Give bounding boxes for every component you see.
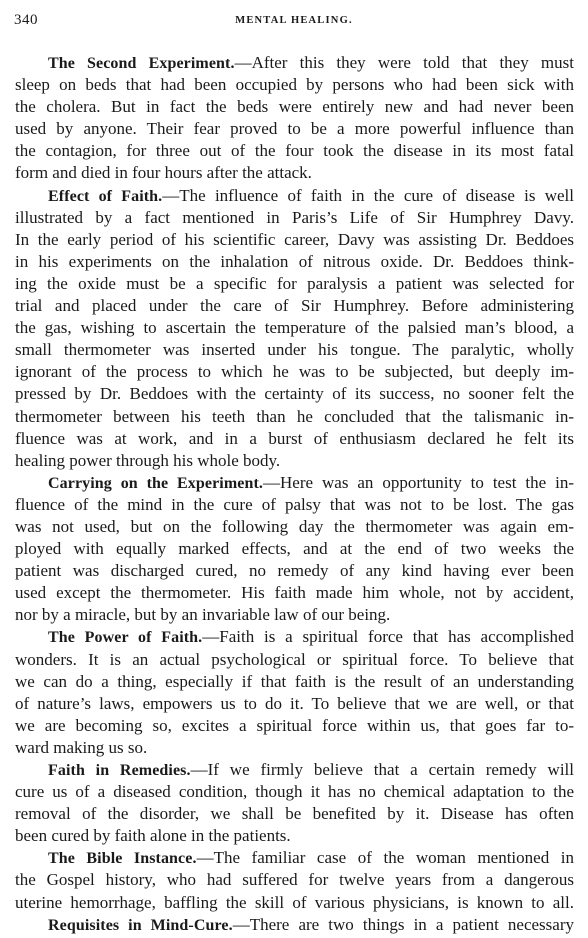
section-heading: The Power of Faith.	[48, 629, 202, 646]
paragraph-first-line: Faith in Remedies.—If we firmly believe …	[15, 759, 574, 781]
text-line: ward making us so.	[15, 737, 574, 759]
running-title: MENTAL HEALING.	[14, 15, 574, 26]
text-line: wonders. It is an actual psychological o…	[15, 649, 574, 671]
line-text: —Here was an opportunity to test the in-	[263, 473, 574, 492]
text-line: cure us of a diseased condition, though …	[15, 781, 574, 803]
text-line: used except the thermometer. His faith m…	[15, 582, 574, 604]
text-line: fluence was at work, and in a burst of e…	[15, 428, 574, 450]
line-text: nor by a miracle, but by an invariable l…	[15, 605, 390, 624]
text-line: form and died in four hours after the at…	[15, 162, 574, 184]
text-line: healing power through his whole body.	[15, 450, 574, 472]
line-text: removal of the disorder, we shall be ben…	[15, 804, 574, 823]
line-text: healing power through his whole body.	[15, 451, 280, 470]
running-head: 340 MENTAL HEALING.	[14, 12, 574, 32]
paragraph-first-line: The Bible Instance.—The familiar case of…	[15, 847, 574, 869]
line-text: —After this they were told that they mus…	[235, 53, 574, 72]
paragraph-first-line: Requisites in Mind-Cure.—There are two t…	[15, 914, 574, 936]
text-line: of nature’s laws, empowers us to do it. …	[15, 693, 574, 715]
section-heading: Faith in Remedies.	[48, 762, 191, 779]
text-line: in his experiments on the inhalation of …	[15, 251, 574, 273]
line-text: In the early period of his scientific ca…	[15, 230, 574, 249]
line-text: ing the oxide must be a specific for par…	[15, 274, 574, 293]
line-text: thermometer between his teeth than he co…	[15, 407, 574, 426]
line-text: was not used, but on the following day t…	[15, 517, 574, 536]
section-heading: Effect of Faith.	[48, 188, 162, 205]
book-page: 340 MENTAL HEALING. The Second Experimen…	[0, 0, 588, 938]
line-text: fluence of the mind in the cure of palsy…	[15, 495, 574, 514]
paragraph-first-line: The Power of Faith.—Faith is a spiritual…	[15, 626, 574, 648]
text-line: ignorant of the process to which he was …	[15, 361, 574, 383]
section-heading: Carrying on the Experiment.	[48, 475, 263, 492]
line-text: the gas, wishing to ascertain the temper…	[15, 318, 574, 337]
line-text: cure us of a diseased condition, though …	[15, 782, 574, 801]
paragraph-first-line: Effect of Faith.—The influence of faith …	[15, 185, 574, 207]
line-text: trial and placed under the care of Sir H…	[15, 296, 574, 315]
line-text: illustrated by a fact mentioned in Paris…	[15, 208, 574, 227]
section-heading: Requisites in Mind-Cure.	[48, 917, 233, 934]
text-line: removal of the disorder, we shall be ben…	[15, 803, 574, 825]
line-text: wonders. It is an actual psychological o…	[15, 650, 574, 669]
line-text: ignorant of the process to which he was …	[15, 362, 574, 381]
text-line: trial and placed under the care of Sir H…	[15, 295, 574, 317]
line-text: —Faith is a spiritual force that has acc…	[202, 627, 574, 646]
text-line: the gas, wishing to ascertain the temper…	[15, 317, 574, 339]
line-text: been cured by faith alone in the patient…	[15, 826, 291, 845]
line-text: in his experiments on the inhalation of …	[15, 252, 574, 271]
line-text: the contagion, for three out of the four…	[15, 141, 574, 160]
text-line: we are becoming so, excites a spiritual …	[15, 715, 574, 737]
paragraph-first-line: The Second Experiment.—After this they w…	[15, 52, 574, 74]
line-text: form and died in four hours after the at…	[15, 163, 312, 182]
line-text: pressed by Dr. Beddoes with the certaint…	[15, 384, 574, 403]
text-line: fluence of the mind in the cure of palsy…	[15, 494, 574, 516]
text-line: the Gospel history, who had suffered for…	[15, 869, 574, 891]
line-text: the Gospel history, who had suffered for…	[15, 870, 574, 889]
line-text: ployed with equally marked effects, and …	[15, 539, 574, 558]
line-text: used except the thermometer. His faith m…	[15, 583, 574, 602]
line-text: patient was discharged cured, no remedy …	[15, 561, 574, 580]
line-text: —The familiar case of the woman mentione…	[197, 848, 574, 867]
line-text: we can do a thing, especially if that fa…	[15, 672, 574, 691]
text-line: illustrated by a fact mentioned in Paris…	[15, 207, 574, 229]
text-line: we can do a thing, especially if that fa…	[15, 671, 574, 693]
line-text: uterine hemorrhage, baffling the skill o…	[15, 893, 574, 912]
line-text: —If we firmly believe that a certain rem…	[191, 760, 574, 779]
line-text: small thermometer was inserted under his…	[15, 340, 574, 359]
line-text: fluence was at work, and in a burst of e…	[15, 429, 574, 448]
text-line: been cured by faith alone in the patient…	[15, 825, 574, 847]
section-heading: The Bible Instance.	[48, 850, 197, 867]
body-text: The Second Experiment.—After this they w…	[15, 52, 574, 936]
line-text: of nature’s laws, empowers us to do it. …	[15, 694, 574, 713]
line-text: used by anyone. Their fear proved to be …	[15, 119, 574, 138]
section-heading: The Second Experiment.	[48, 55, 235, 72]
text-line: thermometer between his teeth than he co…	[15, 406, 574, 428]
text-line: ing the oxide must be a specific for par…	[15, 273, 574, 295]
text-line: was not used, but on the following day t…	[15, 516, 574, 538]
text-line: In the early period of his scientific ca…	[15, 229, 574, 251]
text-line: the cholera. But in fact the beds were e…	[15, 96, 574, 118]
text-line: ployed with equally marked effects, and …	[15, 538, 574, 560]
text-line: patient was discharged cured, no remedy …	[15, 560, 574, 582]
text-line: the contagion, for three out of the four…	[15, 140, 574, 162]
text-line: sleep on beds that had been occupied by …	[15, 74, 574, 96]
text-line: small thermometer was inserted under his…	[15, 339, 574, 361]
line-text: we are becoming so, excites a spiritual …	[15, 716, 574, 735]
line-text: ward making us so.	[15, 738, 147, 757]
text-line: uterine hemorrhage, baffling the skill o…	[15, 892, 574, 914]
text-line: used by anyone. Their fear proved to be …	[15, 118, 574, 140]
line-text: —There are two things in a patient neces…	[233, 915, 574, 934]
paragraph-first-line: Carrying on the Experiment.—Here was an …	[15, 472, 574, 494]
line-text: the cholera. But in fact the beds were e…	[15, 97, 574, 116]
text-line: pressed by Dr. Beddoes with the certaint…	[15, 383, 574, 405]
line-text: —The influence of faith in the cure of d…	[162, 186, 574, 205]
text-line: nor by a miracle, but by an invariable l…	[15, 604, 574, 626]
line-text: sleep on beds that had been occupied by …	[15, 75, 574, 94]
